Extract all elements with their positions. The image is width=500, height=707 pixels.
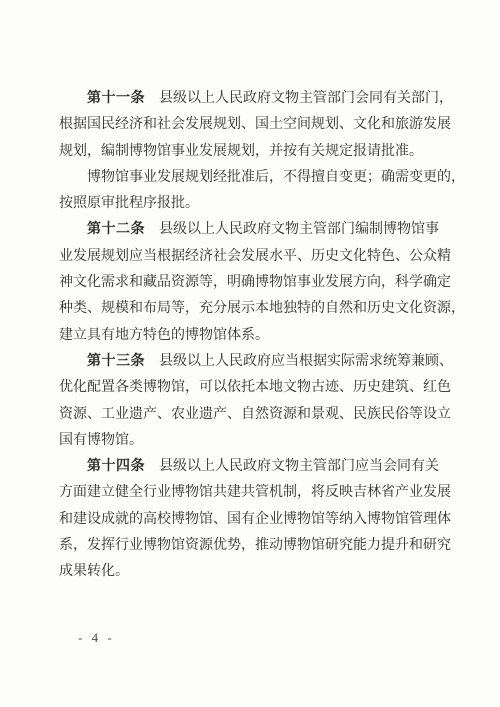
text-line: 优化配置各类博物馆，可以依托本地文物古迹、历史建筑、红色 bbox=[59, 375, 451, 401]
text-line: 第十四条 县级以上人民政府文物主管部门应当会同有关 bbox=[59, 454, 451, 480]
document-page: 第十一条 县级以上人民政府文物主管部门会同有关部门，根据国民经济和社会发展规划、… bbox=[0, 0, 500, 707]
text-line: 第十一条 县级以上人民政府文物主管部门会同有关部门， bbox=[59, 86, 451, 112]
text-line: 资源、工业遗产、农业遗产、自然资源和景观、民族民俗等设立 bbox=[59, 402, 451, 428]
text-line: 第十三条 县级以上人民政府应当根据实际需求统筹兼顾、 bbox=[59, 349, 451, 375]
text-line: 系，发挥行业博物馆资源优势，推动博物馆研究能力提升和研究 bbox=[59, 533, 451, 559]
text-line: 神文化需求和藏品资源等，明确博物馆事业发展方向，科学确定 bbox=[59, 270, 451, 296]
text-line: 和建设成就的高校博物馆、国有企业博物馆等纳入博物馆管理体 bbox=[59, 507, 451, 533]
text-line: 规划，编制博物馆事业发展规划，并按有关规定报请批准。 bbox=[59, 139, 451, 165]
article-number: 第十四条 bbox=[87, 459, 145, 474]
text-line: 成果转化。 bbox=[59, 559, 451, 585]
page-number: - 4 - bbox=[78, 630, 115, 646]
article-number: 第十一条 bbox=[87, 91, 145, 106]
text-line: 业发展规划应当根据经济社会发展水平、历史文化特色、公众精 bbox=[59, 244, 451, 270]
text-line: 按照原审批程序报批。 bbox=[59, 191, 451, 217]
article-number: 第十三条 bbox=[87, 354, 145, 369]
text-line: 种类、规模和布局等，充分展示本地独特的自然和历史文化资源， bbox=[59, 296, 451, 322]
text-line: 建立具有地方特色的博物馆体系。 bbox=[59, 323, 451, 349]
text-line: 第十二条 县级以上人民政府文物主管部门编制博物馆事 bbox=[59, 217, 451, 243]
article-number: 第十二条 bbox=[87, 222, 145, 237]
text-line: 国有博物馆。 bbox=[59, 428, 451, 454]
text-line: 方面建立健全行业博物馆共建共管机制，将反映吉林省产业发展 bbox=[59, 480, 451, 506]
document-body: 第十一条 县级以上人民政府文物主管部门会同有关部门，根据国民经济和社会发展规划、… bbox=[59, 86, 451, 586]
text-line: 博物馆事业发展规划经批准后，不得擅自变更；确需变更的， bbox=[59, 165, 451, 191]
text-line: 根据国民经济和社会发展规划、国土空间规划、文化和旅游发展 bbox=[59, 112, 451, 138]
